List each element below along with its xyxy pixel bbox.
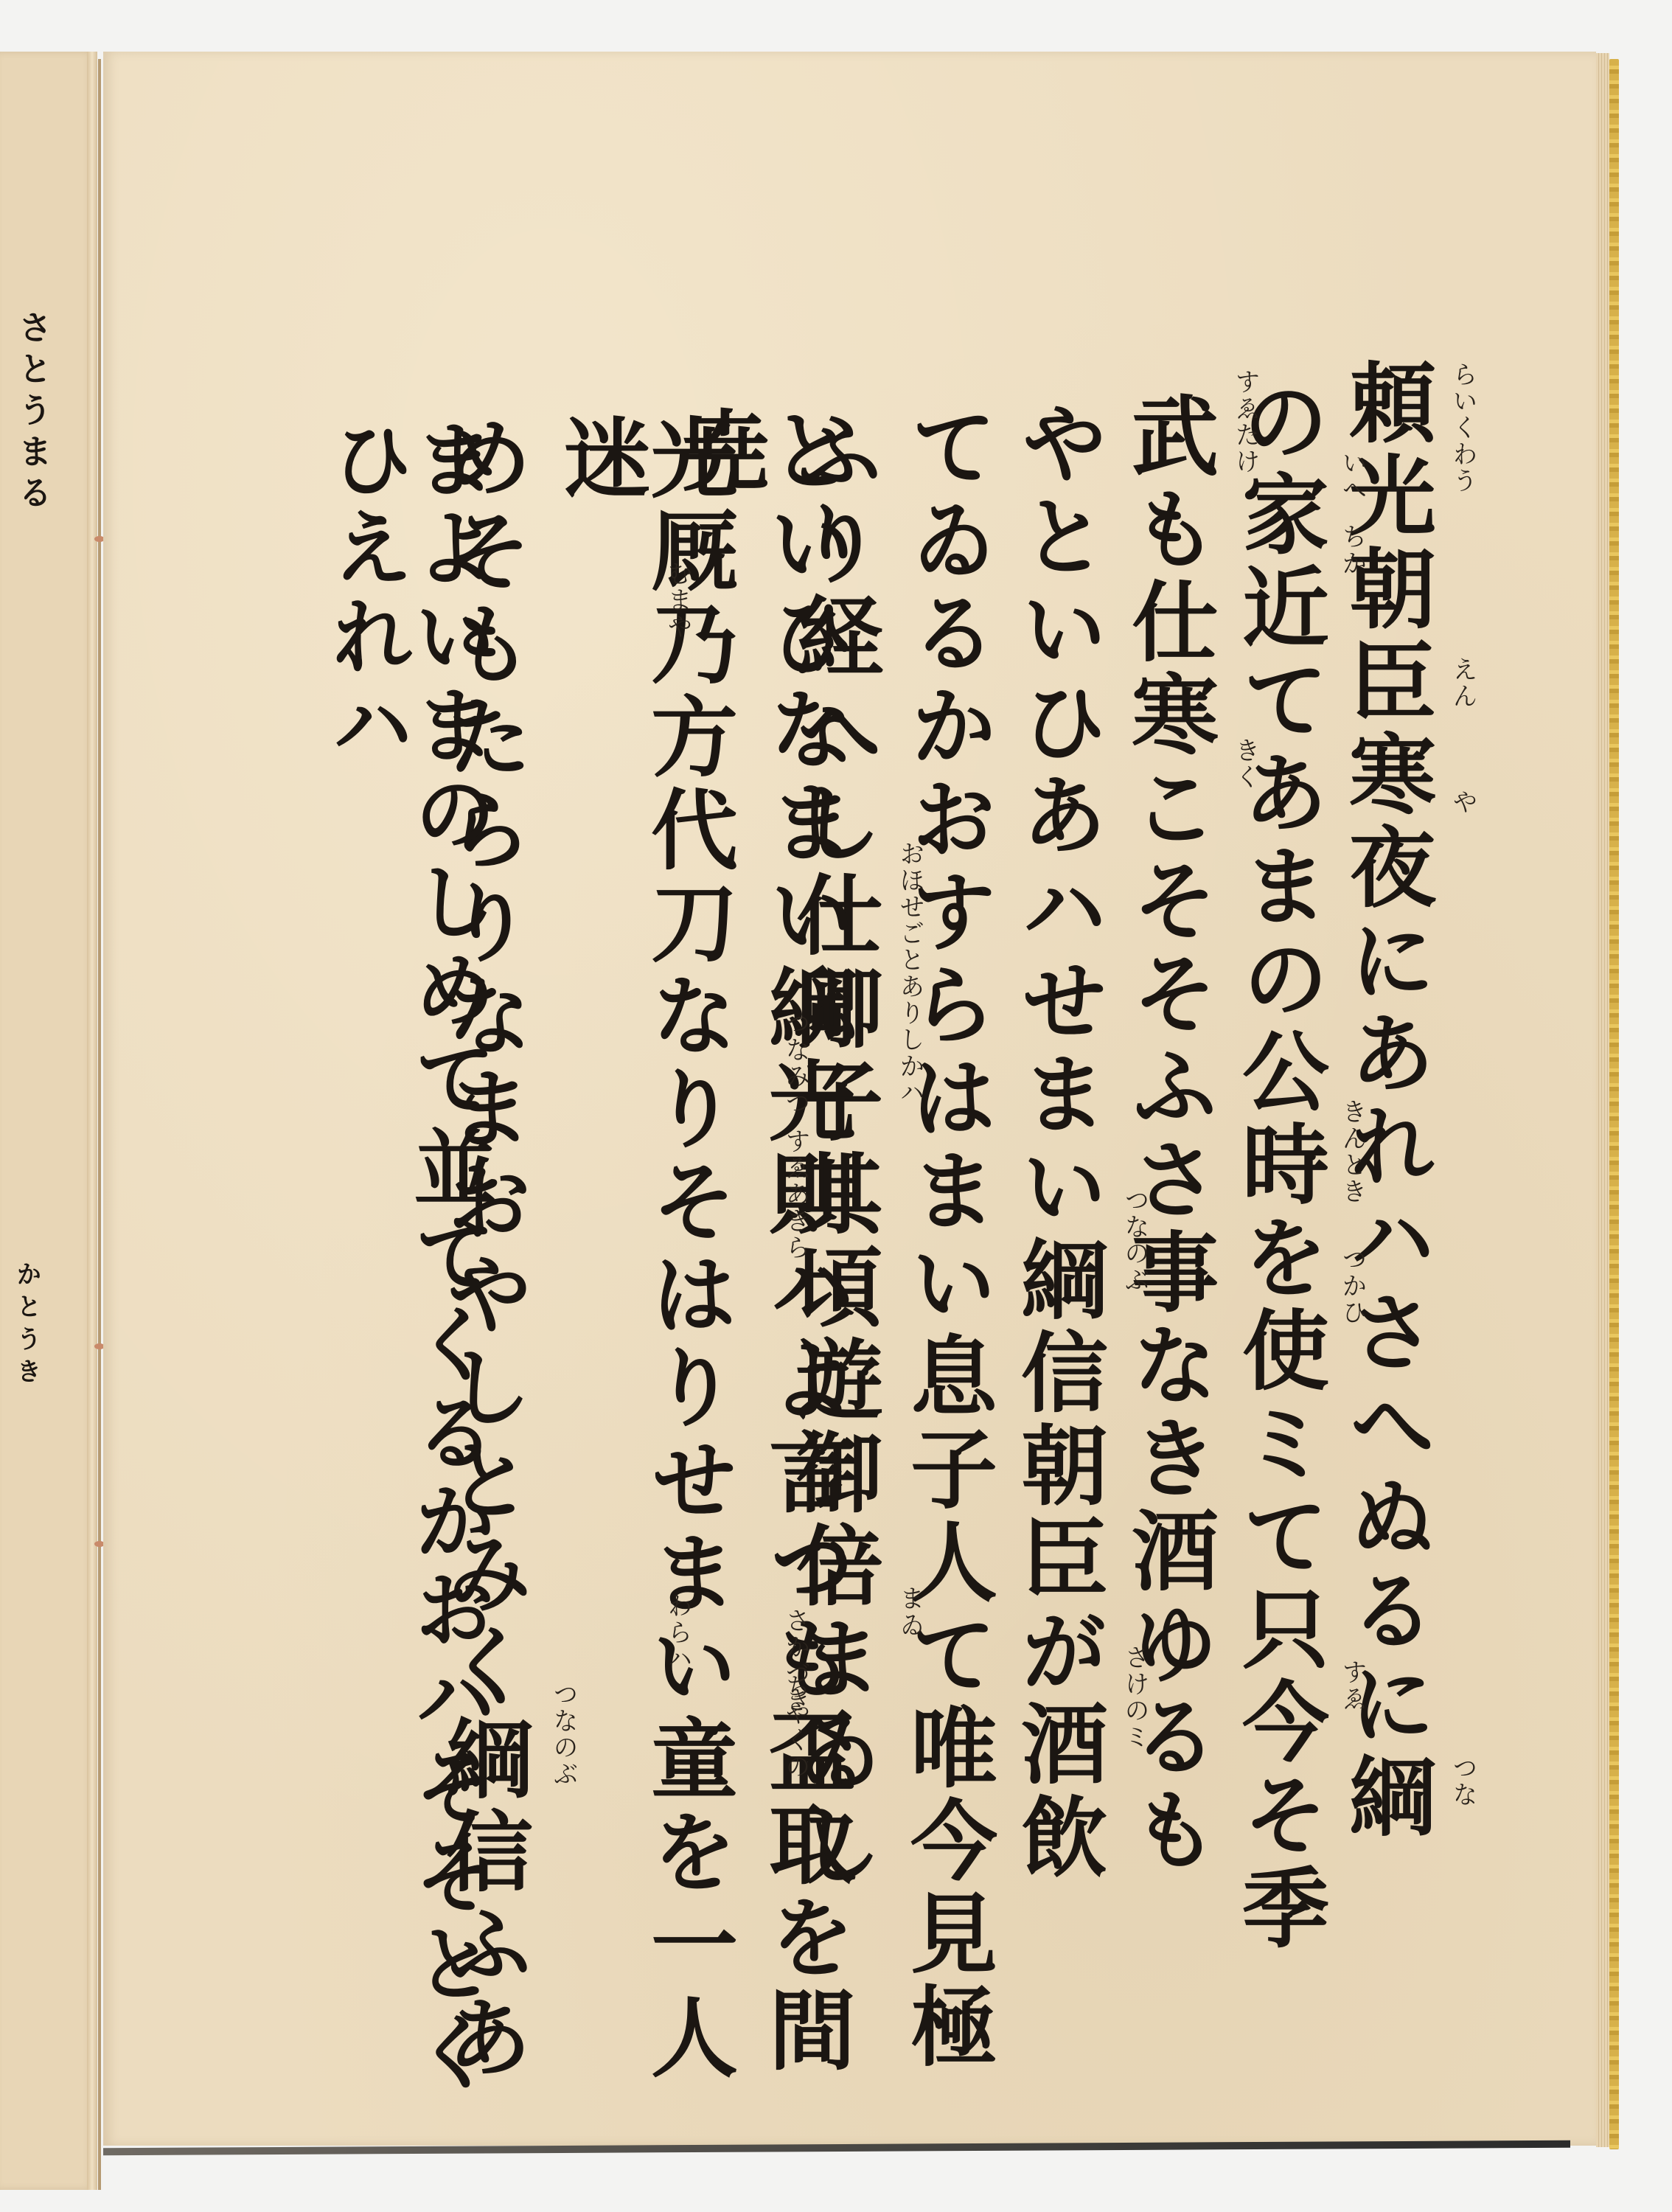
gilt-book-edge (1609, 59, 1619, 2149)
text-column-8: 光厩乃方代刀なりそはりせまい童を一人迷 (557, 413, 731, 2146)
left-page-edge (87, 52, 97, 2190)
binding-stitch-line (98, 59, 101, 2190)
furigana: つなみつ (778, 1010, 814, 1116)
furigana: や (1445, 789, 1481, 815)
furigana: ちやくの (778, 1674, 814, 1780)
text-column-4: やといひあハせまい綱信朝臣が酒飲 (1014, 398, 1101, 1885)
furigana: まゐ (892, 1585, 928, 1638)
furigana: ちか (1334, 524, 1370, 577)
furigana: さけのミ (1117, 1644, 1153, 1750)
furigana: いへ (1334, 450, 1370, 503)
furigana: つかひ (1334, 1246, 1370, 1326)
text-column-2: の家近てあまの公時を使ミて只今そ季 (1235, 376, 1322, 1955)
furigana: わらハ (660, 1593, 696, 1672)
furigana: すゑたけ (1227, 369, 1264, 475)
manuscript-page: 頼光朝臣寒夜にあれハさへぬるに綱 の家近てあまの公時を使ミて只今そ季 武も仕寒こ… (103, 52, 1596, 2146)
furigana: きんとき (1334, 1099, 1370, 1205)
left-page-text-column: かとうき (9, 1261, 45, 1391)
text-column-10: まよいまのしめて並てくるかおハそそとくひえれハ (324, 417, 490, 2146)
page-block-edges (1596, 53, 1609, 2147)
furigana: つなのぶ (546, 1681, 582, 1787)
furigana: すゑあきら (778, 1128, 814, 1261)
furigana: えん (1445, 656, 1481, 709)
text-column-5: てゐるかおすらはまい息子人て唯今見極 (903, 402, 990, 2074)
furigana: すゑ (1334, 1659, 1370, 1712)
furigana: つなのぶ (1117, 1187, 1153, 1293)
furigana: おほせごとありしかハ (892, 841, 928, 1106)
furigana: つな (1445, 1755, 1481, 1808)
left-page-text-column: さとうまる (9, 310, 58, 516)
furigana: きく (1227, 737, 1264, 790)
furigana: むまや (660, 560, 696, 640)
furigana: らいくわう (1445, 361, 1481, 494)
